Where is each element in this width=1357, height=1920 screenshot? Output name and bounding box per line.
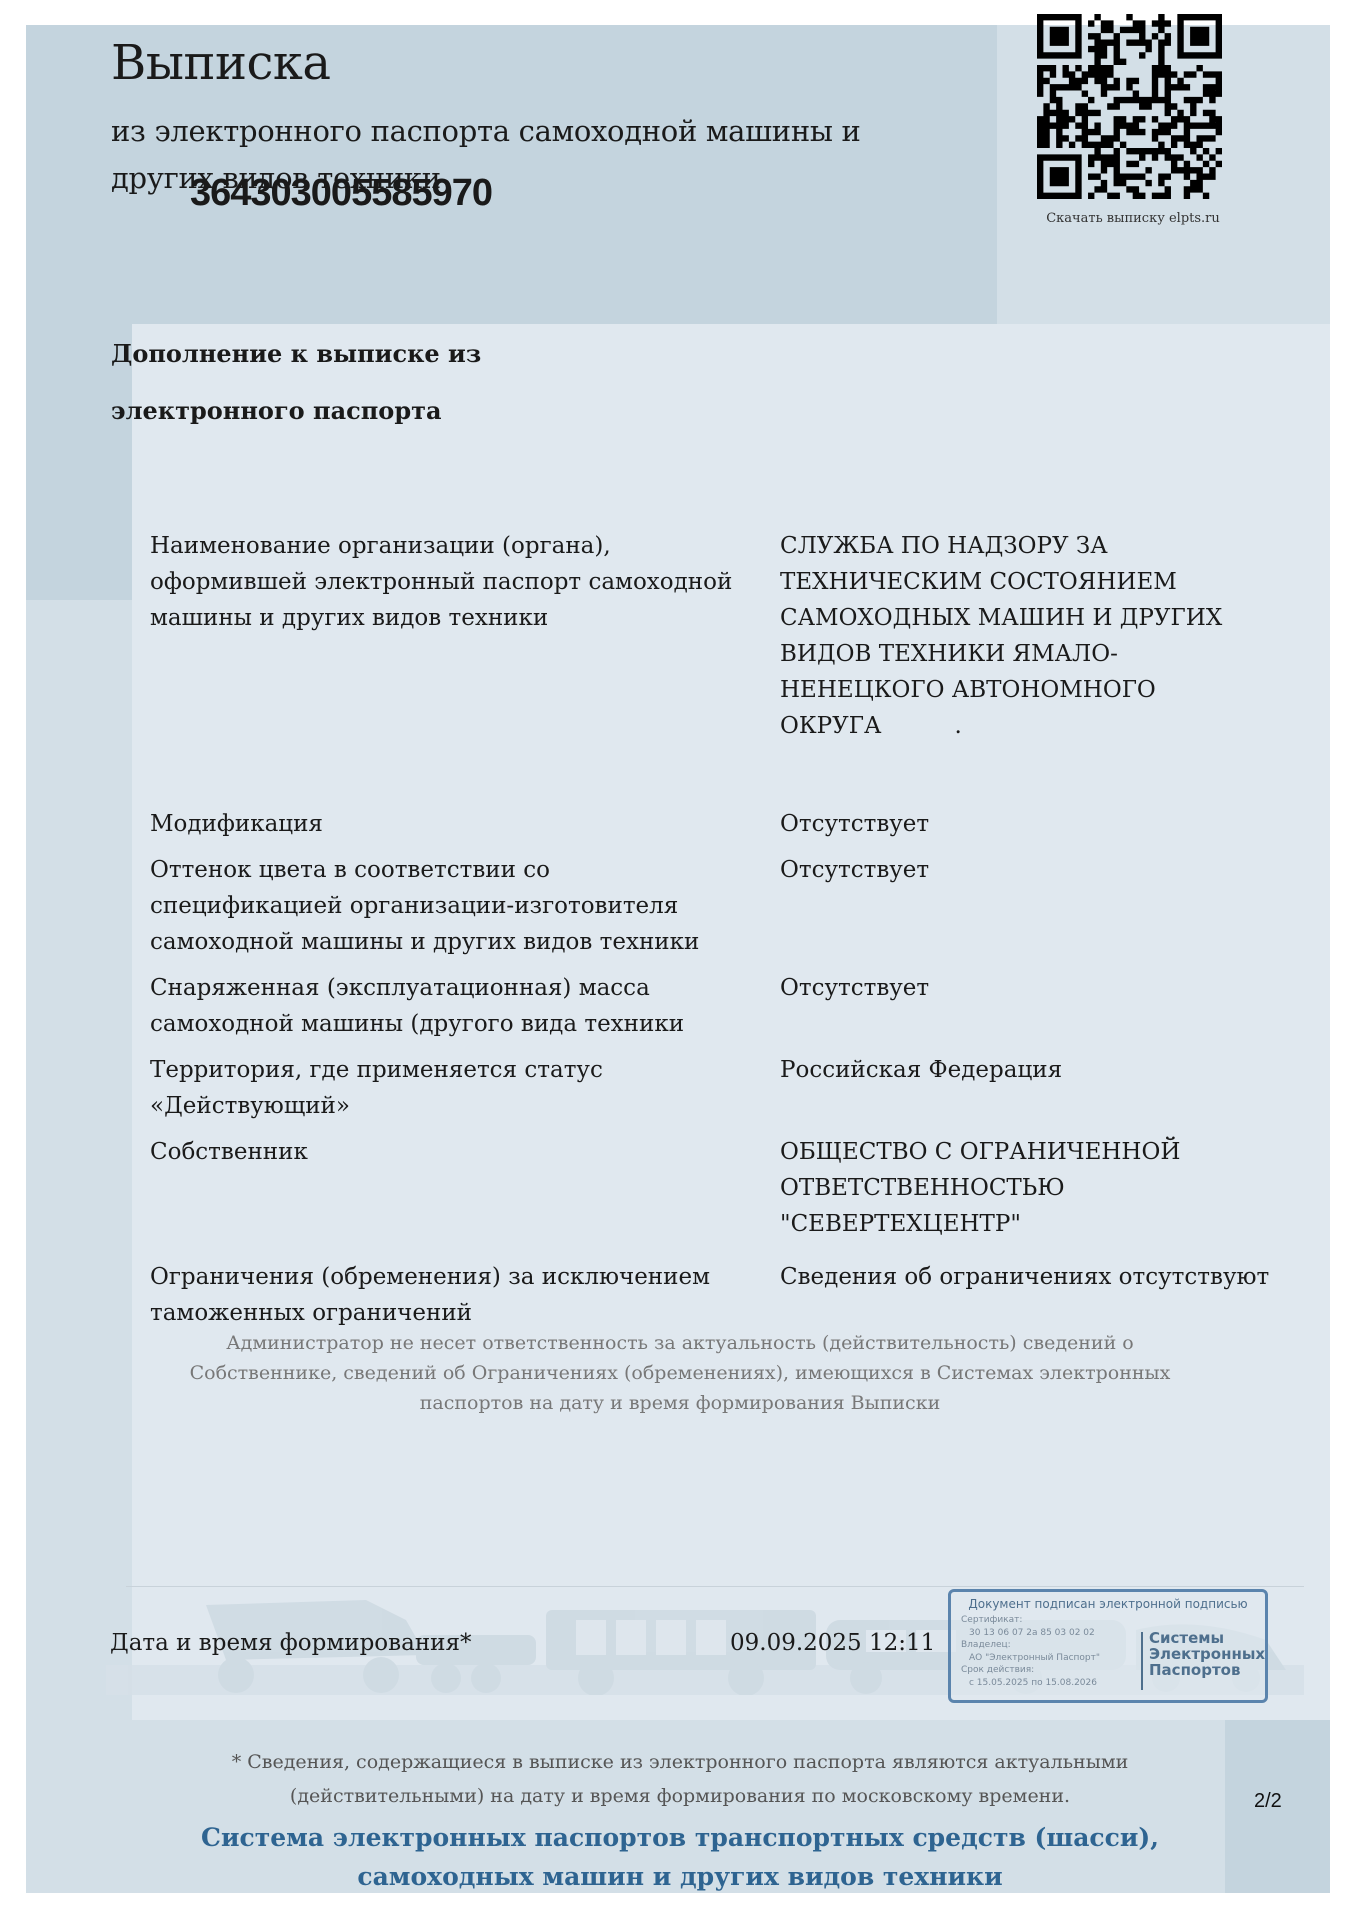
datetime-label: Дата и время формирования* — [110, 1630, 472, 1656]
info-table: Наименование организации (органа), оформ… — [150, 528, 1310, 1331]
table-row: МодификацияОтсутствует — [150, 806, 1310, 842]
passport-number: 364303005585970 — [190, 172, 492, 215]
stamp-validity-label: Срок действия: — [961, 1664, 1100, 1677]
table-row: Ограничения (обременения) за исключением… — [150, 1259, 1310, 1331]
document-title: Выписка — [111, 35, 330, 93]
row-value: Сведения об ограничениях отсутствуют — [780, 1259, 1310, 1331]
row-value: ОБЩЕСТВО С ОГРАНИЧЕННОЙ ОТВЕТСТВЕННОСТЬЮ… — [780, 1134, 1220, 1249]
row-label: Наименование организации (органа), оформ… — [150, 528, 780, 744]
stamp-validity-value: с 15.05.2025 по 15.08.2026 — [961, 1677, 1100, 1690]
stamp-details: Сертификат: 30 13 06 07 2a 85 03 02 02 В… — [961, 1614, 1100, 1689]
row-label: Модификация — [150, 806, 780, 842]
row-label: Ограничения (обременения) за исключением… — [150, 1259, 780, 1331]
page-number: 2/2 — [1254, 1790, 1282, 1813]
row-label: Оттенок цвета в соответствии со специфик… — [150, 852, 780, 960]
stamp-cert-label: Сертификат: — [961, 1614, 1100, 1627]
row-label: Собственник — [150, 1134, 780, 1249]
administrator-disclaimer: Администратор не несет ответственность з… — [150, 1328, 1210, 1418]
stamp-separator — [1141, 1632, 1143, 1690]
table-row: Территория, где применяется статус «Дейс… — [150, 1052, 1310, 1124]
footer-note: * Сведения, содержащиеся в выписке из эл… — [150, 1745, 1210, 1813]
row-value: Отсутствует — [780, 970, 1310, 1042]
stamp-cert-value: 30 13 06 07 2a 85 03 02 02 — [961, 1627, 1100, 1640]
row-label: Снаряженная (эксплуатационная) масса сам… — [150, 970, 780, 1042]
qr-code[interactable] — [1037, 14, 1222, 199]
brand-line-2: Электронных — [1149, 1646, 1265, 1662]
section-title: Дополнение к выписке из электронного пас… — [111, 325, 671, 439]
table-row: Наименование организации (органа), оформ… — [150, 528, 1310, 744]
e-signature-stamp: Документ подписан электронной подписью С… — [948, 1589, 1268, 1703]
qr-caption: Скачать выписку elpts.ru — [1000, 211, 1266, 226]
row-value: СЛУЖБА ПО НАДЗОРУ ЗА ТЕХНИЧЕСКИМ СОСТОЯН… — [780, 528, 1240, 744]
table-row: СобственникОБЩЕСТВО С ОГРАНИЧЕННОЙ ОТВЕТ… — [150, 1134, 1310, 1249]
footer-system-title: Система электронных паспортов транспортн… — [150, 1818, 1210, 1896]
stamp-owner-value: АО "Электронный Паспорт" — [961, 1652, 1100, 1665]
divider — [126, 1586, 1304, 1587]
stamp-heading: Документ подписан электронной подписью — [951, 1597, 1265, 1611]
datetime-value: 09.09.2025 12:11 — [730, 1630, 935, 1656]
brand-line-3: Паспортов — [1149, 1662, 1265, 1678]
brand-line-1: Системы — [1149, 1630, 1265, 1646]
row-label: Территория, где применяется статус «Дейс… — [150, 1052, 780, 1124]
stamp-brand-logo: Системы Электронных Паспортов — [1149, 1630, 1265, 1678]
row-value: Российская Федерация — [780, 1052, 1310, 1124]
stamp-owner-label: Владелец: — [961, 1639, 1100, 1652]
table-row: Снаряженная (эксплуатационная) масса сам… — [150, 970, 1310, 1042]
row-value: Отсутствует — [780, 852, 1310, 960]
table-row: Оттенок цвета в соответствии со специфик… — [150, 852, 1310, 960]
row-value: Отсутствует — [780, 806, 1310, 842]
